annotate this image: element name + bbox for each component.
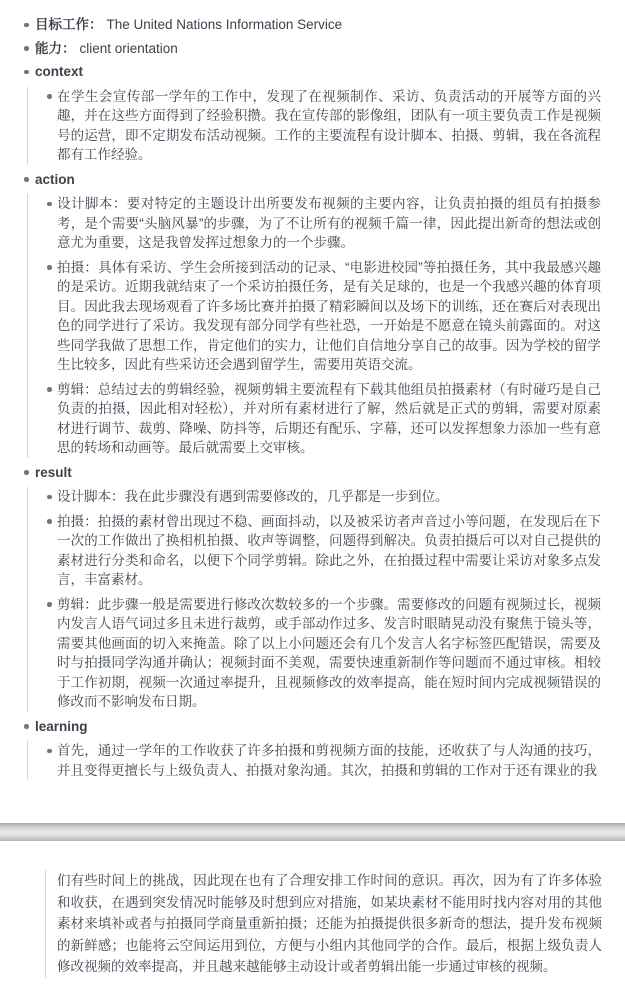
paragraph-text: 设计脚本：我在此步骤没有遇到需要修改的，几乎都是一步到位。: [57, 489, 449, 504]
list-item-paragraph: 设计脚本：我在此步骤没有遇到需要修改的，几乎都是一步到位。: [28, 487, 625, 507]
bullet-icon: [24, 70, 29, 75]
bullet-icon: [47, 202, 52, 207]
field-value: client orientation: [80, 41, 178, 56]
list-item-paragraph: 在学生会宣传部一学年的工作中，发现了在视频制作、采访、负责活动的开展等方面的兴趣…: [28, 87, 625, 165]
document-page-2: 们有些时间上的挑战，因此现在也有了合理安排工作时间的意识。再次，因为有了许多体验…: [0, 841, 625, 994]
continuation-paragraph: 们有些时间上的挑战，因此现在也有了合理安排工作时间的意识。再次，因为有了许多体验…: [57, 870, 602, 978]
bullet-icon: [47, 265, 52, 270]
list-item-paragraph: 剪辑：总结过去的剪辑经验，视频剪辑主要流程有下载其他组员拍摄素材（有时碰巧是自己…: [28, 380, 625, 458]
field-label: 目标工作：: [35, 17, 103, 32]
paragraph-text: 设计脚本：要对特定的主题设计出所要发布视频的主要内容，让负责拍摄的组员有拍摄参考…: [57, 196, 601, 250]
bullet-icon: [47, 94, 52, 99]
bullet-icon: [47, 749, 52, 754]
list-item-paragraph: 首先，通过一学年的工作收获了许多拍摄和剪视频方面的技能，还收获了与人沟通的技巧，…: [28, 741, 625, 780]
bullet-icon: [47, 519, 52, 524]
bullet-icon: [24, 23, 29, 28]
list-item-paragraph: 拍摄：具体有采访、学生会所接到活动的记录、“电影进校园”等拍摄任务，其中我最感兴…: [28, 258, 625, 375]
list-item-paragraph: 设计脚本：要对特定的主题设计出所要发布视频的主要内容，让负责拍摄的组员有拍摄参考…: [28, 194, 625, 253]
document-page-1: 目标工作：The United Nations Information Serv…: [0, 0, 625, 823]
bullet-icon: [24, 724, 29, 729]
section-context: context 在学生会宣传部一学年的工作中，发现了在视频制作、采访、负责活动的…: [0, 62, 625, 165]
list-item-paragraph: 拍摄：拍摄的素材曾出现过不稳、画面抖动，以及被采访者声音过小等问题，在发现后在下…: [28, 512, 625, 590]
section-title: action: [35, 172, 75, 187]
list-item-competency: 能力：client orientation: [0, 39, 625, 59]
page-break-divider: [0, 823, 625, 841]
indent-guide-group: 设计脚本：我在此步骤没有遇到需要修改的，几乎都是一步到位。 拍摄：拍摄的素材曾出…: [27, 487, 625, 712]
indent-guide-group: 首先，通过一学年的工作收获了许多拍摄和剪视频方面的技能，还收获了与人沟通的技巧，…: [27, 741, 625, 780]
indent-guide-group: 设计脚本：要对特定的主题设计出所要发布视频的主要内容，让负责拍摄的组员有拍摄参考…: [27, 194, 625, 458]
section-title: context: [35, 64, 83, 79]
bullet-icon: [24, 46, 29, 51]
section-action: action 设计脚本：要对特定的主题设计出所要发布视频的主要内容，让负责拍摄的…: [0, 170, 625, 458]
paragraph-text: 在学生会宣传部一学年的工作中，发现了在视频制作、采访、负责活动的开展等方面的兴趣…: [57, 89, 601, 163]
bullet-icon: [47, 387, 52, 392]
section-heading: action: [0, 170, 625, 190]
paragraph-text: 剪辑：此步骤一般是需要进行修改次数较多的一个步骤。需要修改的问题有视频过长，视频…: [57, 597, 601, 710]
section-heading: learning: [0, 717, 625, 737]
list-item-paragraph: 剪辑：此步骤一般是需要进行修改次数较多的一个步骤。需要修改的问题有视频过长，视频…: [28, 595, 625, 712]
indent-guide-group: 们有些时间上的挑战，因此现在也有了合理安排工作时间的意识。再次，因为有了许多体验…: [45, 870, 602, 978]
section-result: result 设计脚本：我在此步骤没有遇到需要修改的，几乎都是一步到位。 拍摄：…: [0, 463, 625, 712]
list-item-target-job: 目标工作：The United Nations Information Serv…: [0, 15, 625, 35]
field-value: The United Nations Information Service: [107, 17, 343, 32]
paragraph-text: 剪辑：总结过去的剪辑经验，视频剪辑主要流程有下载其他组员拍摄素材（有时碰巧是自己…: [57, 382, 601, 456]
bullet-icon: [47, 602, 52, 607]
paragraph-text: 首先，通过一学年的工作收获了许多拍摄和剪视频方面的技能，还收获了与人沟通的技巧，…: [57, 743, 601, 778]
bullet-icon: [24, 470, 29, 475]
paragraph-text: 拍摄：拍摄的素材曾出现过不稳、画面抖动，以及被采访者声音过小等问题，在发现后在下…: [57, 514, 601, 588]
field-label: 能力：: [35, 41, 76, 56]
section-heading: context: [0, 62, 625, 82]
paragraph-text: 拍摄：具体有采访、学生会所接到活动的记录、“电影进校园”等拍摄任务，其中我最感兴…: [57, 260, 601, 373]
section-heading: result: [0, 463, 625, 483]
bullet-icon: [47, 495, 52, 500]
section-title: learning: [35, 719, 88, 734]
section-learning: learning 首先，通过一学年的工作收获了许多拍摄和剪视频方面的技能，还收获…: [0, 717, 625, 781]
indent-guide-group: 在学生会宣传部一学年的工作中，发现了在视频制作、采访、负责活动的开展等方面的兴趣…: [27, 87, 625, 165]
bullet-icon: [24, 177, 29, 182]
section-title: result: [35, 465, 72, 480]
